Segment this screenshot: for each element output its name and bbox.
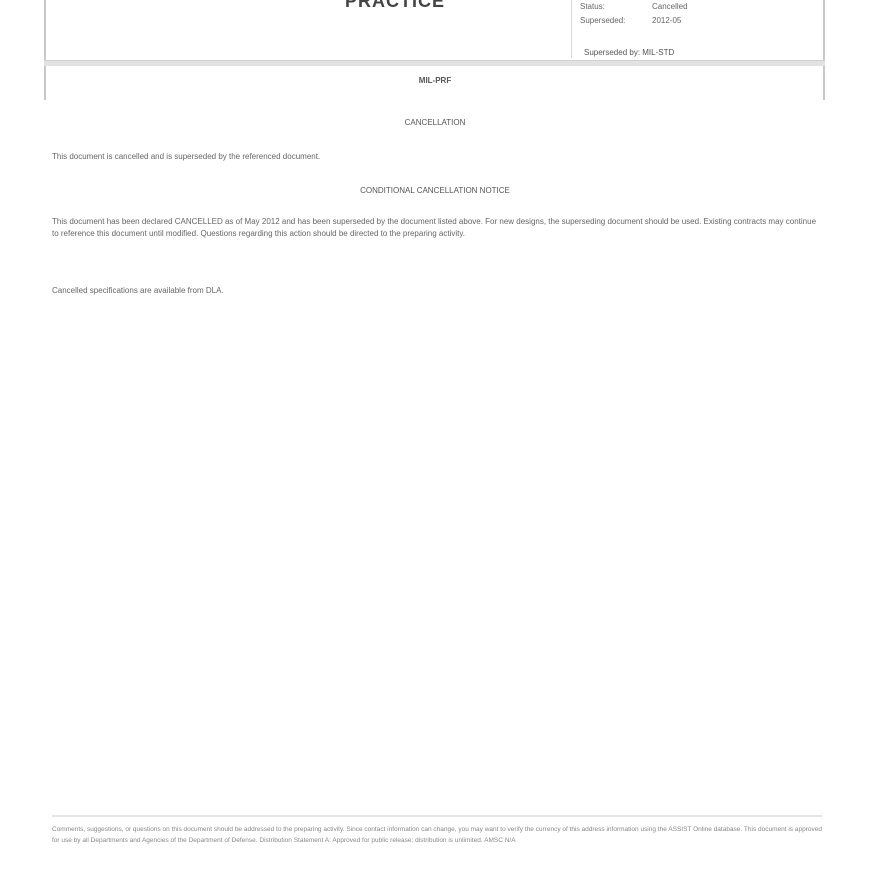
header-divider — [44, 60, 825, 66]
frame-left-border — [44, 0, 46, 100]
availability-paragraph: Cancelled specifications are available f… — [52, 285, 822, 297]
status-value: Cancelled — [652, 0, 688, 14]
section-heading: CANCELLATION — [0, 118, 870, 127]
intro-paragraph: This document is cancelled and is supers… — [52, 151, 822, 163]
document-id: MIL-PRF — [0, 76, 870, 85]
superseded-by: Superseded by: MIL-STD — [584, 48, 674, 57]
superseded-value: 2012-05 — [652, 14, 681, 28]
superseded-row: Superseded: 2012-05 — [572, 14, 742, 28]
frame-right-border — [823, 0, 825, 100]
superseded-label: Superseded: — [580, 14, 632, 28]
document-title: PRACTICE — [320, 0, 470, 12]
status-label: Status: — [580, 0, 632, 14]
status-box: Status: Cancelled Superseded: 2012-05 Su… — [571, 0, 742, 58]
footer-divider — [52, 815, 822, 817]
notice-heading: CONDITIONAL CANCELLATION NOTICE — [0, 186, 870, 195]
status-row: Status: Cancelled — [572, 0, 742, 14]
notice-paragraph: This document has been declared CANCELLE… — [52, 216, 822, 240]
footer-text: Comments, suggestions, or questions on t… — [52, 824, 822, 846]
